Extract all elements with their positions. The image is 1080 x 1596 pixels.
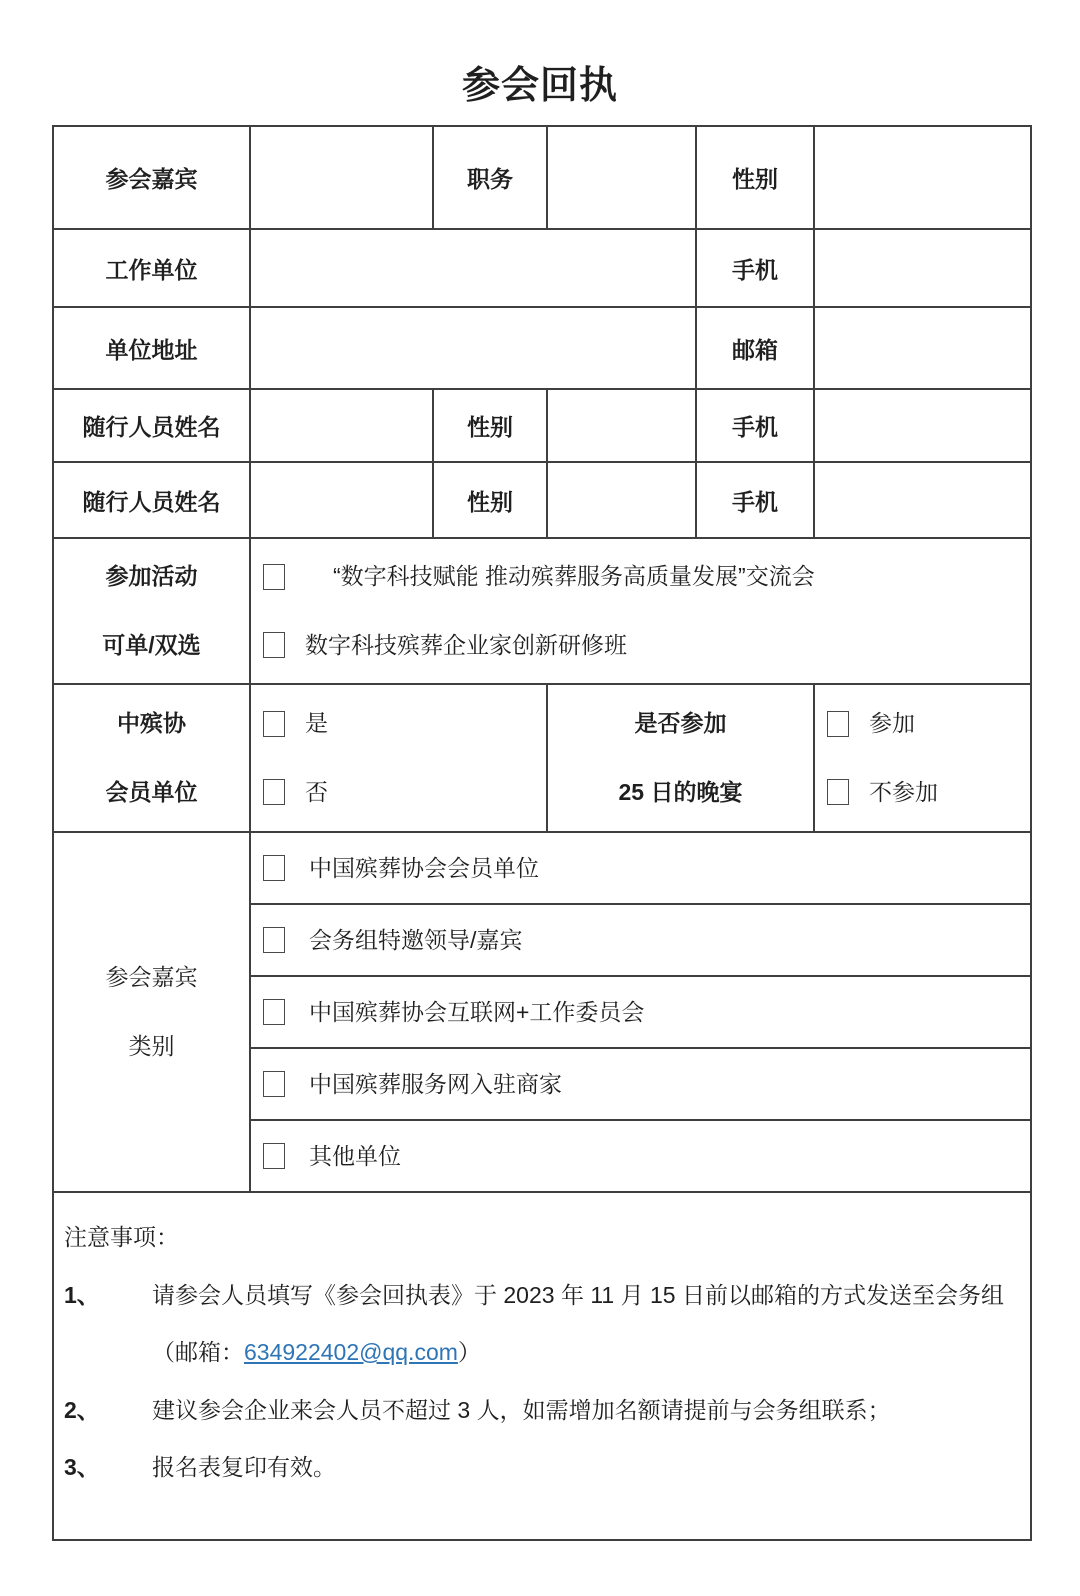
- companion-name-input-cell[interactable]: [250, 389, 433, 462]
- checkbox-icon[interactable]: [263, 999, 285, 1025]
- companion-name-input-cell[interactable]: [250, 462, 433, 538]
- banquet-option-not-attend[interactable]: 不参加: [827, 778, 1030, 807]
- membership-option-label: 是: [305, 709, 328, 738]
- checkbox-icon[interactable]: [263, 1143, 285, 1169]
- row-activities: 参加活动 可单/双选 “数字科技赋能 推动殡葬服务高质量发展”交流会 数字科技殡…: [53, 538, 1031, 684]
- companion-gender-input-cell[interactable]: [547, 389, 696, 462]
- reply-form-page: 参会回执 参会嘉宾 职务 性别 工作单位 手机 单位地址 邮箱: [0, 0, 1080, 1596]
- notes-heading: 注意事项：: [64, 1209, 1010, 1267]
- membership-option-label: 否: [305, 778, 328, 807]
- guest-category-label: 参会嘉宾 类别: [53, 832, 250, 1192]
- category-option-member-unit[interactable]: 中国殡葬协会会员单位: [250, 832, 1031, 904]
- category-option-merchant[interactable]: 中国殡葬服务网入驻商家: [250, 1048, 1031, 1120]
- category-option-label: 其他单位: [309, 1142, 401, 1171]
- banquet-option-label: 参加: [869, 709, 915, 738]
- unit-address-input-cell[interactable]: [250, 307, 696, 389]
- email-link[interactable]: 634922402@qq.com: [244, 1339, 458, 1365]
- banquet-option-label: 不参加: [869, 778, 938, 807]
- banquet-option-attend[interactable]: 参加: [827, 709, 1030, 738]
- category-option-label: 中国殡葬服务网入驻商家: [309, 1070, 562, 1099]
- category-option-label: 中国殡葬协会会员单位: [309, 854, 539, 883]
- note-text-after: ）: [458, 1339, 481, 1365]
- membership-options-cell: 是 否: [250, 684, 547, 832]
- activities-label: 参加活动 可单/双选: [53, 538, 250, 684]
- email-input-cell[interactable]: [814, 307, 1031, 389]
- row-companion-2: 随行人员姓名 性别 手机: [53, 462, 1031, 538]
- note-text: 请参会人员填写《参会回执表》于 2023 年 11 月 15 日前以邮箱的方式发…: [152, 1267, 1010, 1382]
- guest-name-input-cell[interactable]: [250, 126, 433, 229]
- activity-option-forum[interactable]: “数字科技赋能 推动殡葬服务高质量发展”交流会: [263, 562, 1030, 591]
- companion-name-label: 随行人员姓名: [53, 389, 250, 462]
- companion-name-label: 随行人员姓名: [53, 462, 250, 538]
- row-guest: 参会嘉宾 职务 性别: [53, 126, 1031, 229]
- email-label: 邮箱: [696, 307, 814, 389]
- activity-option-workshop[interactable]: 数字科技殡葬企业家创新研修班: [263, 631, 1030, 660]
- note-number: 2、: [64, 1382, 152, 1440]
- mobile-label: 手机: [696, 229, 814, 307]
- companion-mobile-input-cell[interactable]: [814, 462, 1031, 538]
- checkbox-icon[interactable]: [827, 779, 849, 805]
- unit-address-label: 单位地址: [53, 307, 250, 389]
- row-membership-banquet: 中殡协 会员单位 是 否 是否参加 25 日的晚宴: [53, 684, 1031, 832]
- companion-mobile-input-cell[interactable]: [814, 389, 1031, 462]
- companion-gender-label: 性别: [433, 389, 547, 462]
- row-companion-1: 随行人员姓名 性别 手机: [53, 389, 1031, 462]
- activities-options-cell: “数字科技赋能 推动殡葬服务高质量发展”交流会 数字科技殡葬企业家创新研修班: [250, 538, 1031, 684]
- checkbox-icon[interactable]: [263, 564, 285, 590]
- position-input-cell[interactable]: [547, 126, 696, 229]
- category-option-invited-guest[interactable]: 会务组特邀领导/嘉宾: [250, 904, 1031, 976]
- companion-mobile-label: 手机: [696, 462, 814, 538]
- checkbox-icon[interactable]: [263, 855, 285, 881]
- note-item-1: 1、 请参会人员填写《参会回执表》于 2023 年 11 月 15 日前以邮箱的…: [64, 1267, 1010, 1382]
- checkbox-icon[interactable]: [263, 779, 285, 805]
- row-unit-address: 单位地址 邮箱: [53, 307, 1031, 389]
- gender-input-cell[interactable]: [814, 126, 1031, 229]
- checkbox-icon[interactable]: [263, 632, 285, 658]
- companion-gender-input-cell[interactable]: [547, 462, 696, 538]
- guest-name-label: 参会嘉宾: [53, 126, 250, 229]
- position-label: 职务: [433, 126, 547, 229]
- category-option-label: 中国殡葬协会互联网+工作委员会: [309, 998, 644, 1027]
- notes-cell: 注意事项： 1、 请参会人员填写《参会回执表》于 2023 年 11 月 15 …: [53, 1192, 1031, 1540]
- work-unit-label: 工作单位: [53, 229, 250, 307]
- activity-option-label: 数字科技殡葬企业家创新研修班: [305, 631, 627, 660]
- note-number: 1、: [64, 1267, 152, 1325]
- row-category-1: 参会嘉宾 类别 中国殡葬协会会员单位: [53, 832, 1031, 904]
- membership-option-yes[interactable]: 是: [263, 709, 546, 738]
- note-text: 报名表复印有效。: [152, 1439, 1010, 1497]
- checkbox-icon[interactable]: [827, 711, 849, 737]
- page-title: 参会回执: [0, 0, 1080, 109]
- row-notes: 注意事项： 1、 请参会人员填写《参会回执表》于 2023 年 11 月 15 …: [53, 1192, 1031, 1540]
- note-item-2: 2、 建议参会企业来会人员不超过 3 人，如需增加名额请提前与会务组联系；: [64, 1382, 1010, 1440]
- reply-form-table: 参会嘉宾 职务 性别 工作单位 手机 单位地址 邮箱 随行人员姓名 性别: [52, 125, 1032, 1541]
- category-option-other-unit[interactable]: 其他单位: [250, 1120, 1031, 1192]
- checkbox-icon[interactable]: [263, 927, 285, 953]
- banquet-options-cell: 参加 不参加: [814, 684, 1031, 832]
- checkbox-icon[interactable]: [263, 1071, 285, 1097]
- gender-label: 性别: [696, 126, 814, 229]
- category-option-label: 会务组特邀领导/嘉宾: [309, 926, 522, 955]
- companion-mobile-label: 手机: [696, 389, 814, 462]
- membership-label: 中殡协 会员单位: [53, 684, 250, 832]
- checkbox-icon[interactable]: [263, 711, 285, 737]
- category-option-internet-committee[interactable]: 中国殡葬协会互联网+工作委员会: [250, 976, 1031, 1048]
- mobile-input-cell[interactable]: [814, 229, 1031, 307]
- note-text: 建议参会企业来会人员不超过 3 人，如需增加名额请提前与会务组联系；: [152, 1382, 1010, 1440]
- banquet-label: 是否参加 25 日的晚宴: [547, 684, 814, 832]
- work-unit-input-cell[interactable]: [250, 229, 696, 307]
- companion-gender-label: 性别: [433, 462, 547, 538]
- activity-option-label: “数字科技赋能 推动殡葬服务高质量发展”交流会: [333, 562, 815, 591]
- membership-option-no[interactable]: 否: [263, 778, 546, 807]
- note-number: 3、: [64, 1439, 152, 1497]
- note-item-3: 3、 报名表复印有效。: [64, 1439, 1010, 1497]
- row-work-unit: 工作单位 手机: [53, 229, 1031, 307]
